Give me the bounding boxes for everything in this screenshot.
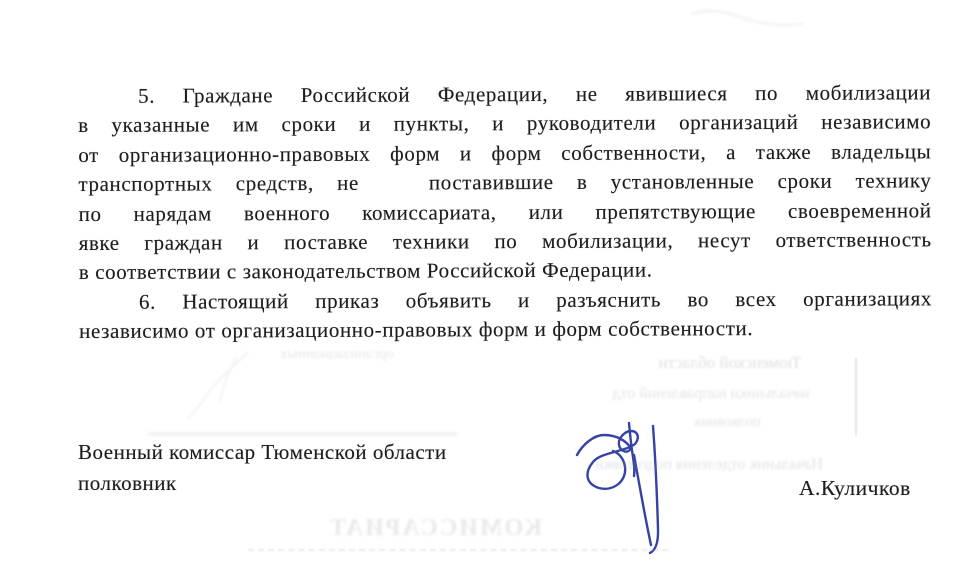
order-p5-line2: в указанные им сроки и пункты, и руковод… bbox=[78, 108, 931, 141]
bleed-scribble bbox=[178, 348, 268, 422]
signoff-position: Военный комиссар Тюменской области полко… bbox=[78, 437, 447, 499]
order-p6-line1: 6. Настоящий приказ объявить и разъяснит… bbox=[79, 284, 932, 317]
order-p5-line3: от организационно-правовых форм и форм с… bbox=[78, 137, 931, 170]
order-p5-line6: явке граждан и поставке техники по мобил… bbox=[79, 225, 932, 258]
order-p5-line4: транспортных средств, не поставившие в у… bbox=[78, 166, 931, 199]
signature-scribble bbox=[573, 421, 677, 557]
signoff-name: А.Куличков bbox=[799, 476, 911, 501]
bleed-through-text: Начальник отделения подготовки bbox=[563, 456, 855, 474]
bleed-faint-band bbox=[148, 432, 458, 436]
scanned-document-page: 5. Граждане Российской Федерации, не яви… bbox=[0, 0, 957, 562]
scan-smudge bbox=[688, 4, 808, 34]
signoff-position-line1: Военный комиссар Тюменской области bbox=[78, 437, 447, 468]
bleed-through-text: полковник bbox=[690, 414, 764, 431]
order-body: 5. Граждане Российской Федерации, не яви… bbox=[78, 78, 932, 346]
order-p6-line2: независимо от организационно-правовых фо… bbox=[79, 314, 932, 347]
order-p5-line5: по нарядам военного комиссариата, или пр… bbox=[79, 196, 932, 229]
order-p5-line7: в соответствии с законодательством Росси… bbox=[79, 255, 932, 288]
bleed-through-stamp: КОМИССАРИАТ bbox=[328, 515, 542, 542]
bleed-through-text: начальники направлений отд bbox=[565, 385, 857, 403]
signoff-position-line2: полковник bbox=[78, 468, 447, 499]
bleed-dotted-line bbox=[248, 549, 668, 551]
scan-fold-line bbox=[855, 358, 857, 436]
bleed-through-text: Тюменской области bbox=[612, 353, 848, 373]
order-p5-line1: 5. Граждане Российской Федерации, не яви… bbox=[78, 78, 931, 111]
